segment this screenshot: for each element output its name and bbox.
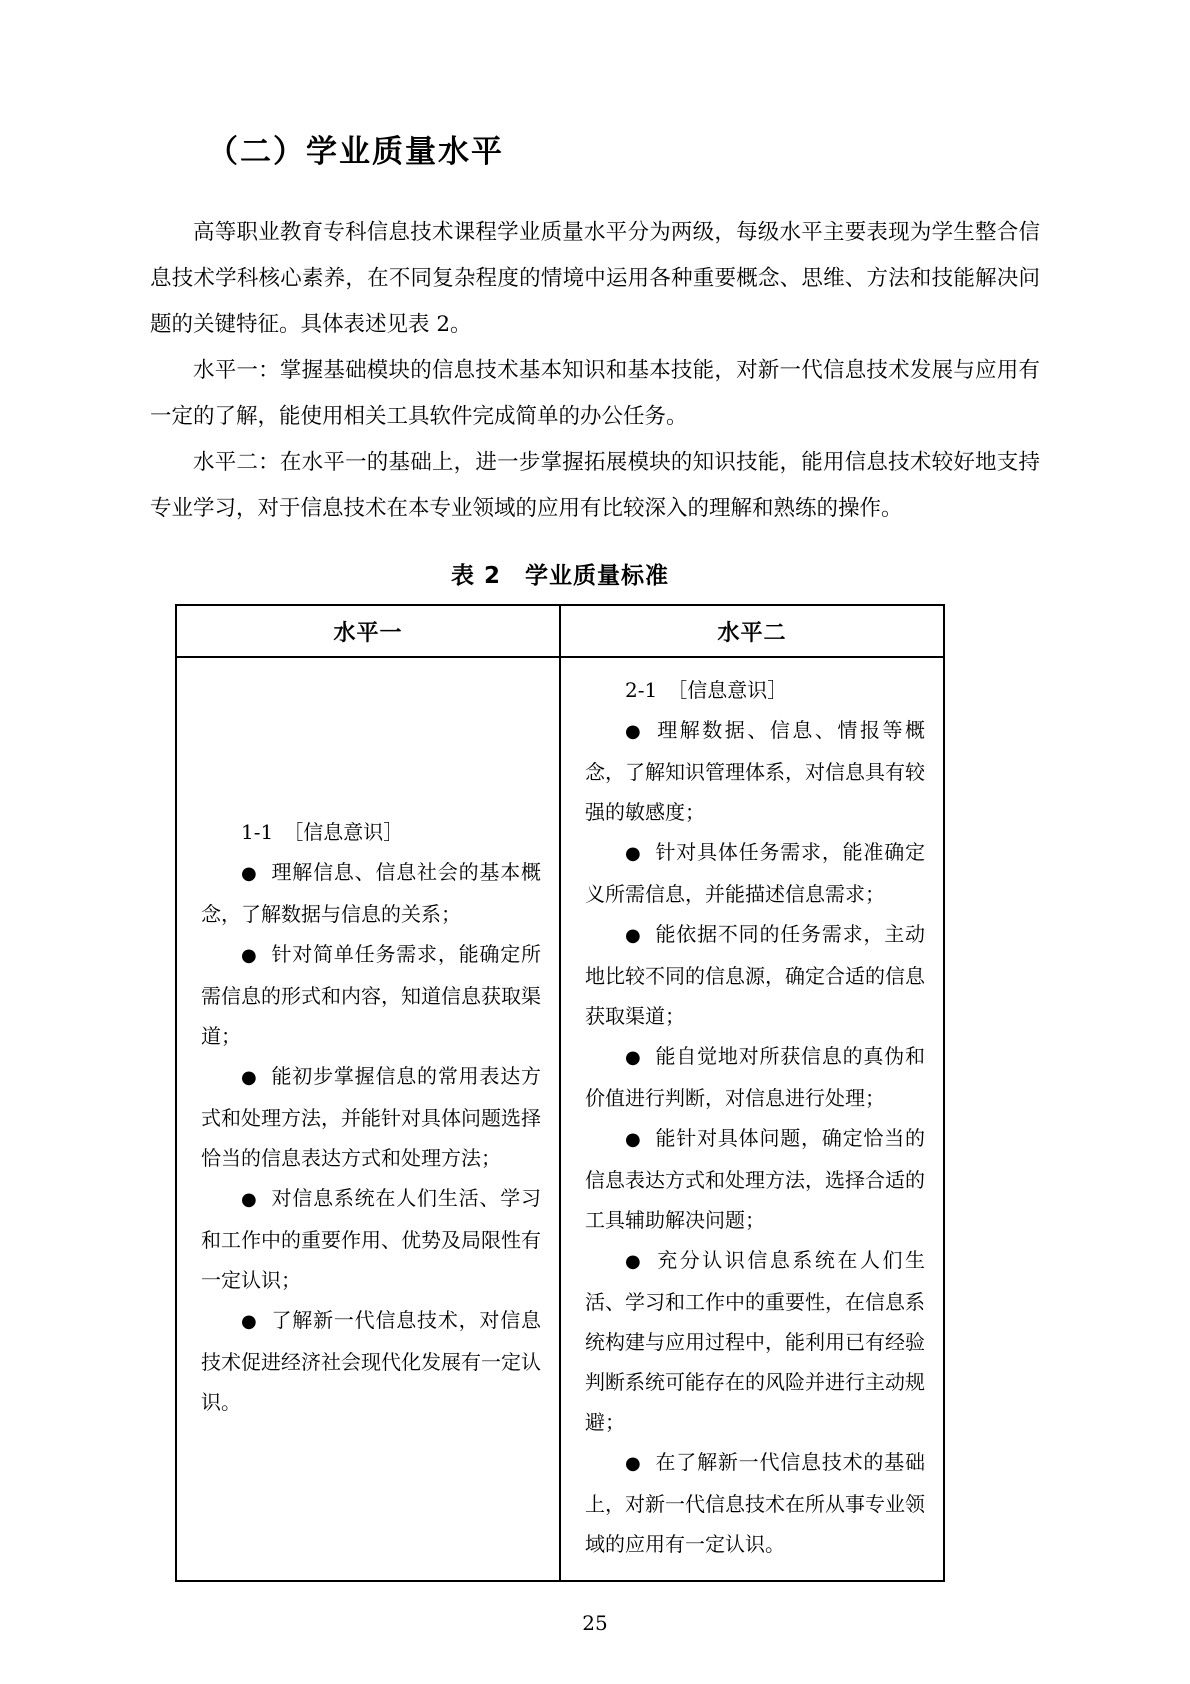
table-caption: 表 2 学业质量标准: [175, 554, 945, 598]
bullet-item: ●在了解新一代信息技术的基础上，对新一代信息技术在所从事专业领域的应用有一定认识…: [585, 1442, 925, 1564]
bullet-icon: ●: [241, 1058, 257, 1098]
bullet-icon: ●: [625, 1444, 641, 1484]
bullet-item: ●针对简单任务需求，能确定所需信息的形式和内容，知道信息获取渠道；: [201, 934, 541, 1056]
level1-header-cell: 水平一: [176, 605, 560, 657]
bullet-item: ●理解数据、信息、情报等概念，了解知识管理体系，对信息具有较强的敏感度；: [585, 710, 925, 832]
table-header-row: 水平一 水平二: [176, 605, 944, 657]
body-paragraph: 高等职业教育专科信息技术课程学业质量水平分为两级，每级水平主要表现为学生整合信息…: [150, 210, 1040, 348]
bullet-item: ●能依据不同的任务需求，主动地比较不同的信息源，确定合适的信息获取渠道；: [585, 914, 925, 1036]
bullet-icon: ●: [241, 936, 257, 976]
table-body-row: 1-1 ［信息意识］ ●理解信息、信息社会的基本概念，了解数据与信息的关系； ●…: [176, 657, 944, 1581]
bullet-item: ●能初步掌握信息的常用表达方式和处理方法，并能针对具体问题选择恰当的信息表达方式…: [201, 1056, 541, 1178]
bullet-icon: ●: [241, 854, 257, 894]
level2-cell: 2-1 ［信息意识］ ●理解数据、信息、情报等概念，了解知识管理体系，对信息具有…: [560, 657, 944, 1581]
bullet-icon: ●: [625, 834, 641, 874]
bullet-item: ●能针对具体问题，确定恰当的信息表达方式和处理方法，选择合适的工具辅助解决问题；: [585, 1118, 925, 1240]
body-paragraph: 水平一：掌握基础模块的信息技术基本知识和基本技能，对新一代信息技术发展与应用有一…: [150, 348, 1040, 440]
section-heading: （二）学业质量水平: [207, 130, 1040, 174]
level1-section-label: 1-1 ［信息意识］: [201, 812, 541, 852]
bullet-item: ●理解信息、信息社会的基本概念，了解数据与信息的关系；: [201, 852, 541, 934]
bullet-icon: ●: [625, 1038, 641, 1078]
quality-standards-table: 水平一 水平二 1-1 ［信息意识］ ●理解信息、信息社会的基本概念，了解数据与…: [175, 604, 945, 1582]
bullet-item: ●对信息系统在人们生活、学习和工作中的重要作用、优势及局限性有一定认识；: [201, 1178, 541, 1300]
bullet-item: ●了解新一代信息技术，对信息技术促进经济社会现代化发展有一定认识。: [201, 1300, 541, 1422]
level1-cell: 1-1 ［信息意识］ ●理解信息、信息社会的基本概念，了解数据与信息的关系； ●…: [176, 657, 560, 1581]
level2-header-cell: 水平二: [560, 605, 944, 657]
bullet-icon: ●: [241, 1302, 257, 1342]
bullet-item: ●充分认识信息系统在人们生活、学习和工作中的重要性，在信息系统构建与应用过程中，…: [585, 1240, 925, 1442]
quality-table-section: 表 2 学业质量标准 水平一 水平二 1-1 ［信息意识］ ●理解信息、信息社会…: [175, 554, 945, 1582]
level2-section-label: 2-1 ［信息意识］: [585, 670, 925, 710]
bullet-icon: ●: [625, 712, 641, 752]
document-page: （二）学业质量水平 高等职业教育专科信息技术课程学业质量水平分为两级，每级水平主…: [0, 0, 1190, 1684]
body-paragraph: 水平二：在水平一的基础上，进一步掌握拓展模块的知识技能，能用信息技术较好地支持专…: [150, 440, 1040, 532]
bullet-icon: ●: [625, 1242, 641, 1282]
bullet-icon: ●: [625, 1120, 641, 1160]
page-number: 25: [150, 1608, 1040, 1638]
bullet-item: ●能自觉地对所获信息的真伪和价值进行判断，对信息进行处理；: [585, 1036, 925, 1118]
bullet-icon: ●: [625, 916, 641, 956]
bullet-item: ●针对具体任务需求，能准确定义所需信息，并能描述信息需求；: [585, 832, 925, 914]
bullet-icon: ●: [241, 1180, 257, 1220]
